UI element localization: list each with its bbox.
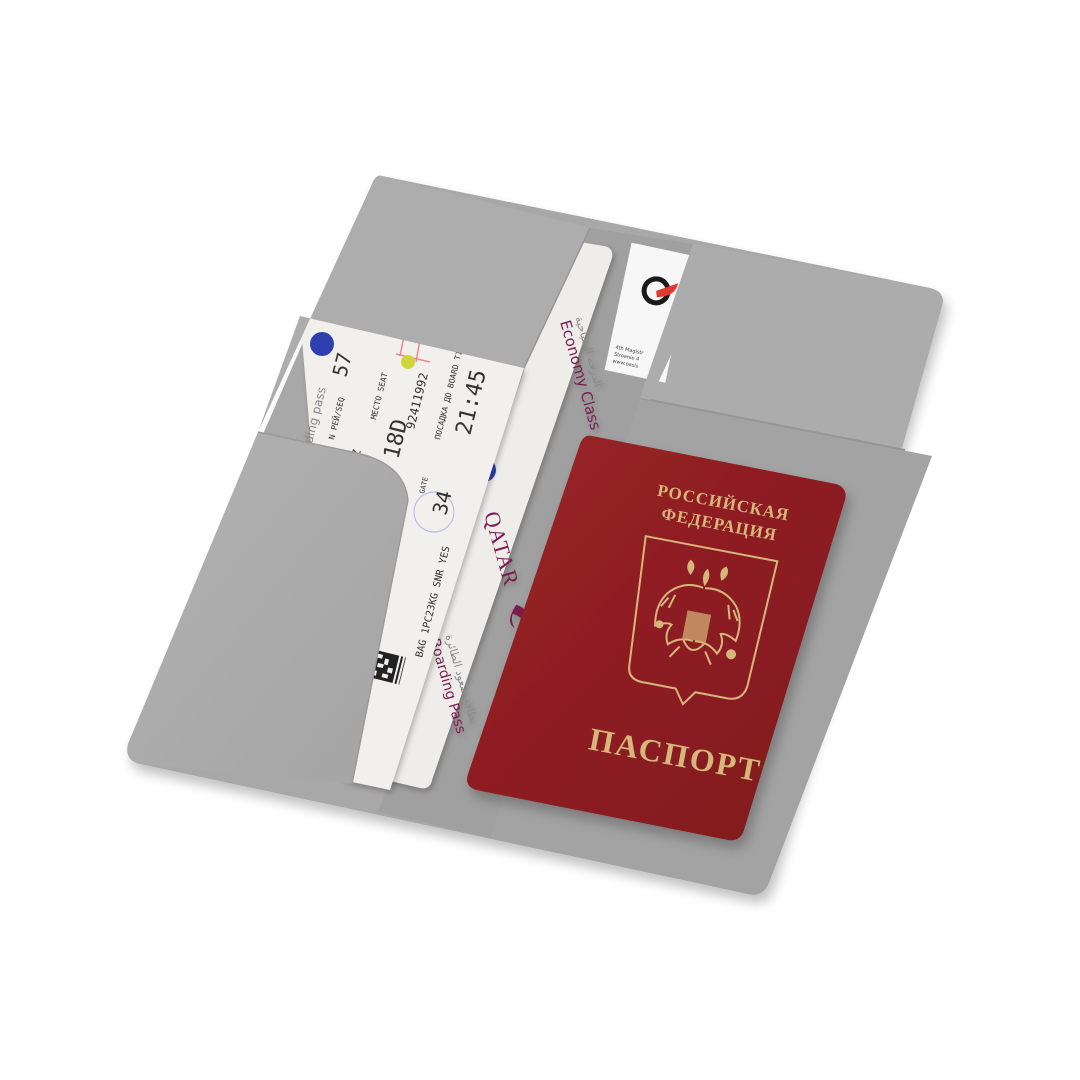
product-scene: 4th Magistr Stroenie 4 www.oasis Economy…	[0, 0, 1080, 1080]
skyteam-logo-icon	[310, 332, 334, 356]
sticker-dot	[401, 355, 415, 369]
